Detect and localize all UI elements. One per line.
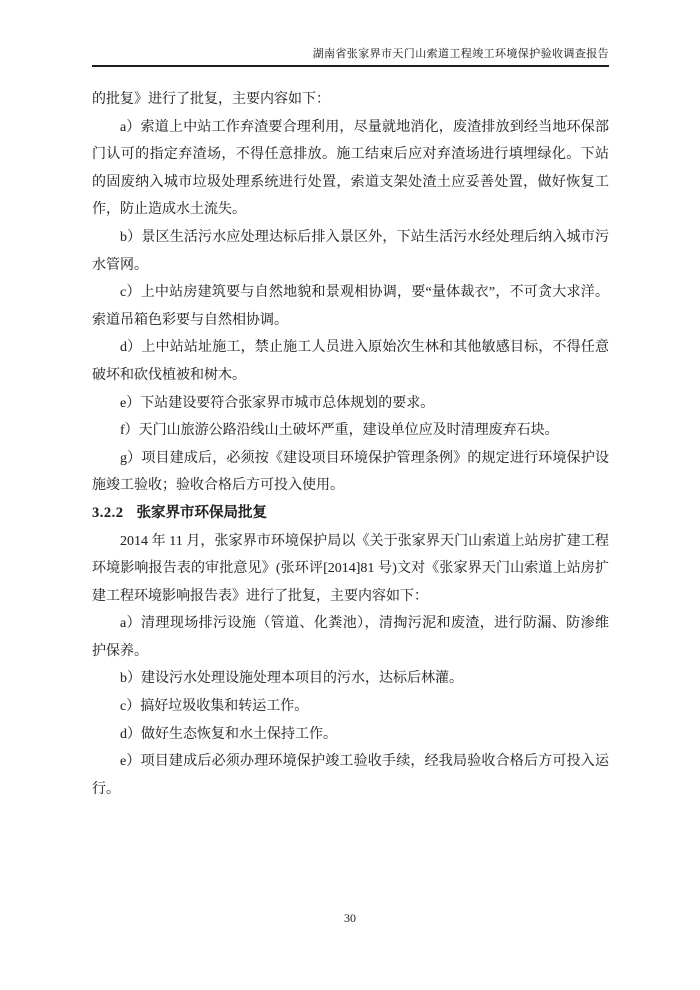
page-number: 30	[0, 911, 700, 926]
provincial-item-g: g）项目建成后，必须按《建设项目环境保护管理条例》的规定进行环境保护设施竣工验收…	[92, 445, 609, 500]
section-heading: 3.2.2张家界市环保局批复	[92, 500, 609, 528]
municipal-item-b: b）建设污水处理设施处理本项目的污水，达标后林灌。	[92, 665, 609, 693]
municipal-item-a: a）清理现场排污设施（管道、化粪池），清掏污泥和废渣，进行防漏、防渗维护保养。	[92, 610, 609, 665]
header-divider	[92, 65, 609, 67]
provincial-item-b: b）景区生活污水应处理达标后排入景区外，下站生活污水经处理后纳入城市污水管网。	[92, 224, 609, 279]
section-title: 张家界市环保局批复	[137, 505, 268, 521]
provincial-item-e: e）下站建设要符合张家界市城市总体规划的要求。	[92, 390, 609, 418]
document-page: 湖南省张家界市天门山索道工程竣工环境保护验收调查报告 的批复》进行了批复，主要内…	[0, 0, 700, 990]
paragraph-municipal-intro: 2014 年 11 月，张家界市环境保护局以《关于张家界天门山索道上站房扩建工程…	[92, 528, 609, 611]
document-body: 的批复》进行了批复，主要内容如下： a）索道上中站工作弃渣要合理利用，尽量就地消…	[92, 86, 609, 803]
provincial-item-f: f）天门山旅游公路沿线山土破坏严重，建设单位应及时清理废弃石块。	[92, 417, 609, 445]
provincial-item-c: c）上中站房建筑要与自然地貌和景观相协调，要“量体裁衣”，不可贪大求洋。索道吊箱…	[92, 279, 609, 334]
municipal-item-c: c）搞好垃圾收集和转运工作。	[92, 693, 609, 721]
municipal-item-d: d）做好生态恢复和水土保持工作。	[92, 721, 609, 749]
header-title: 湖南省张家界市天门山索道工程竣工环境保护验收调查报告	[92, 45, 609, 61]
provincial-item-a: a）索道上中站工作弃渣要合理利用，尽量就地消化，废渣排放到经当地环保部门认可的指…	[92, 114, 609, 224]
section-number: 3.2.2	[92, 500, 124, 528]
municipal-item-e: e）项目建成后必须办理环境保护竣工验收手续，经我局验收合格后方可投入运行。	[92, 748, 609, 803]
paragraph-continuation: 的批复》进行了批复，主要内容如下：	[92, 86, 609, 114]
provincial-item-d: d）上中站站址施工，禁止施工人员进入原始次生林和其他敏感目标，不得任意破坏和砍伐…	[92, 334, 609, 389]
